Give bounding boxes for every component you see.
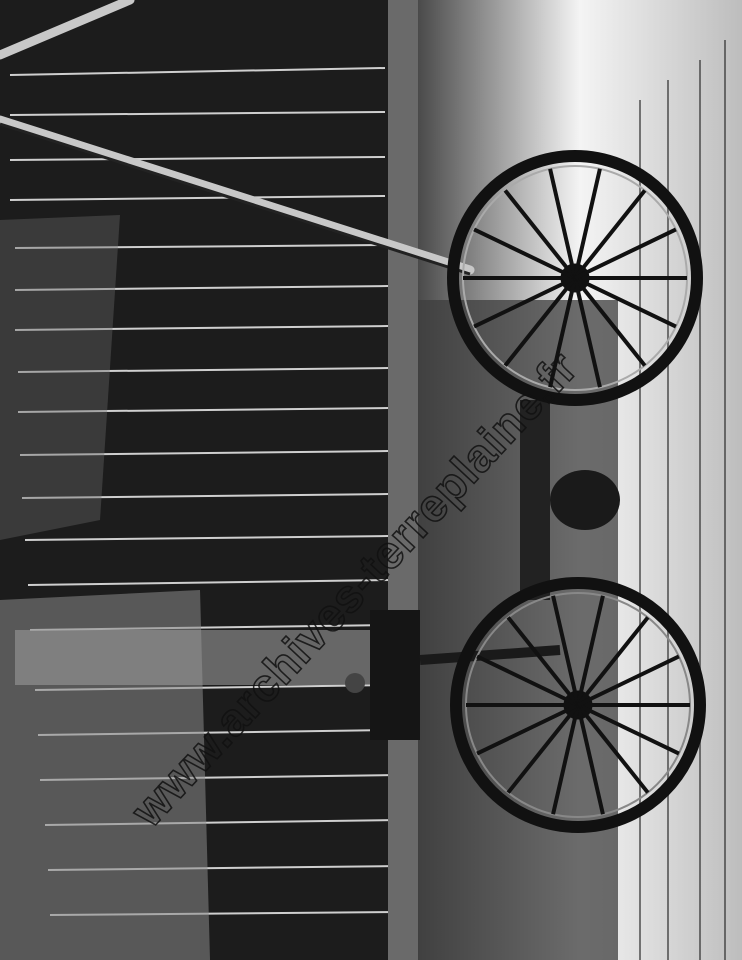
- archival-photo: www.archives-terreplaine.fr: [0, 0, 742, 960]
- door-frame: [388, 0, 418, 960]
- photo-scene: [0, 0, 742, 960]
